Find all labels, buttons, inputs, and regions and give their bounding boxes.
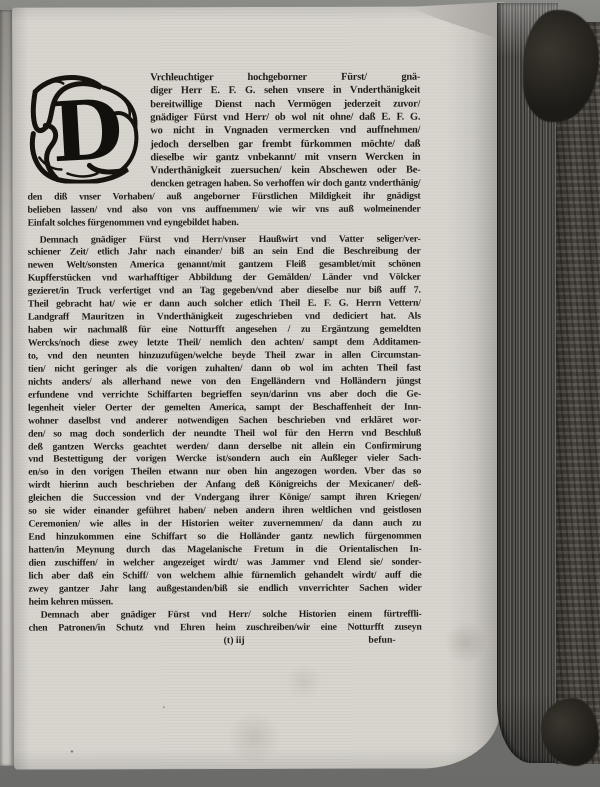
text-line: bereitwillige Dienst nach Vermögen jeder… bbox=[150, 97, 420, 111]
text-line: Landgraff Mauritzen in Vnderthänigkeit z… bbox=[28, 311, 421, 325]
text-line: lich aber daß ein Schiff/ von welchem al… bbox=[28, 569, 421, 583]
text-line: Theil gebracht hat/ wie er dann auch sol… bbox=[28, 298, 421, 312]
text-line: den/ so mag doch sonderlich der neundte … bbox=[28, 427, 421, 441]
text-line: dencken getragen haben. So verhoffen wir… bbox=[150, 177, 420, 191]
dedication-paragraph-1: dencken getragen haben. So verhoffen wir… bbox=[27, 177, 420, 230]
text-line: dien zuschiffen/ in welcher angezeiget w… bbox=[28, 557, 421, 571]
text-line: End hinzukommen eine Schiffart so die Ho… bbox=[28, 531, 421, 545]
ornamental-initial-woodcut: D bbox=[27, 73, 145, 183]
text-line: gleichen die Succession vnd der Vndergan… bbox=[28, 492, 421, 506]
text-line: heim kehren müssen. bbox=[29, 595, 422, 609]
text-line: legenheit vieler Oerter der gemelten Ame… bbox=[28, 401, 421, 415]
scanned-book-photo: D Vrchleuchtiger hochgeborner Fürst/ gnä… bbox=[0, 0, 600, 787]
text-line: dieselbe wir gantz vnbekannt/ mit vnsern… bbox=[150, 151, 420, 165]
book-page: D Vrchleuchtiger hochgeborner Fürst/ gnä… bbox=[12, 6, 500, 769]
text-line: haben wir nachmalß für eine Notturfft an… bbox=[28, 324, 421, 338]
text-line: wo nicht in Vngnaden vermercken vnd auff… bbox=[150, 124, 420, 138]
catchword: befun- bbox=[368, 634, 395, 645]
text-line: Einfalt solches fürgenommen vnd eyngebil… bbox=[28, 216, 421, 230]
leather-cover-edge bbox=[556, 22, 600, 764]
text-line: diger Herr E. F. G. sehen vnsere in Vnde… bbox=[150, 84, 420, 98]
text-line: Vnderthänigkeit zuersuchen/ kein Abschew… bbox=[150, 164, 420, 178]
text-line: zwey gantzer Jahr lang außgestanden/biß … bbox=[29, 582, 422, 596]
text-line: jedoch derselben gar frembt fürkommen mö… bbox=[150, 137, 420, 151]
text-line: vnd Bestettigung der vorigen Wercke ist/… bbox=[28, 453, 421, 467]
text-line: deß gantzen Wercks geachtet werden/ dann… bbox=[28, 440, 421, 454]
text-line: Wercks/noch diese zwey letzte Theil/ nem… bbox=[28, 337, 421, 351]
text-line: newen Welt/sonsten America genannt/mit g… bbox=[28, 259, 421, 273]
text-line: nichts anders/ als allerhand newe von de… bbox=[28, 375, 421, 389]
text-line: Demnach gnädiger Fürst vnd Herr/vnser Ha… bbox=[28, 233, 421, 247]
text-line: belieben lassen/ vnd also von vns auffne… bbox=[28, 203, 421, 217]
text-line: den diß vnser Vorhaben/ auß angeborner F… bbox=[27, 190, 420, 204]
text-line: tien/ nicht geringer als die vorigen zuh… bbox=[28, 362, 421, 376]
text-line: wohner daselbst vnd anderer notwendigen … bbox=[28, 414, 421, 428]
text-line: Ceremonien/ wie alles in der Historien w… bbox=[28, 518, 421, 532]
text-line: gnädiger Fürst vnd Herr/ ob wol nit ohne… bbox=[150, 111, 420, 125]
text-line: en/so in den vorigen Theilen etwann nur … bbox=[28, 466, 421, 480]
signature-mark: (t) iij bbox=[224, 635, 245, 646]
drop-cap-letter: D bbox=[49, 82, 125, 182]
text-line: hatten/in Meynung durch das Magelanische… bbox=[28, 544, 421, 558]
text-line: Kupfferstücken vnd warhafftiger Abbildun… bbox=[28, 272, 421, 286]
dedication-paragraph-2: Demnach gnädiger Fürst vnd Herr/vnser Ha… bbox=[28, 233, 422, 609]
signature-line: (t) iij befun- bbox=[29, 634, 422, 649]
text-line: gezieret/in Truck verfertiget vnd an Tag… bbox=[28, 285, 421, 299]
text-line: schiener Zeit/ etlich Jahr nach einander… bbox=[28, 246, 421, 260]
text-line: wirdt hierinn auch beschrieben der Anfan… bbox=[28, 479, 421, 493]
text-line: erfundene vnd verrichte Schiffarten begr… bbox=[28, 388, 421, 402]
text-line: so sie wider einander geführet haben/ ne… bbox=[28, 505, 421, 519]
text-line: Vrchleuchtiger hochgeborner Fürst/ gnä- bbox=[150, 71, 420, 85]
dedication-text-block: D Vrchleuchtiger hochgeborner Fürst/ gnä… bbox=[27, 71, 422, 650]
dedication-paragraph-3: Demnach aber gnädiger Fürst vnd Herr/ so… bbox=[29, 608, 422, 635]
text-line: to, vnd den neunten hinzuzufügen/welche … bbox=[28, 350, 421, 364]
text-line: chen Patronen/in Schutz vnd Ehren heim z… bbox=[29, 621, 422, 635]
text-line: Demnach aber gnädiger Fürst vnd Herr/ so… bbox=[29, 608, 422, 622]
